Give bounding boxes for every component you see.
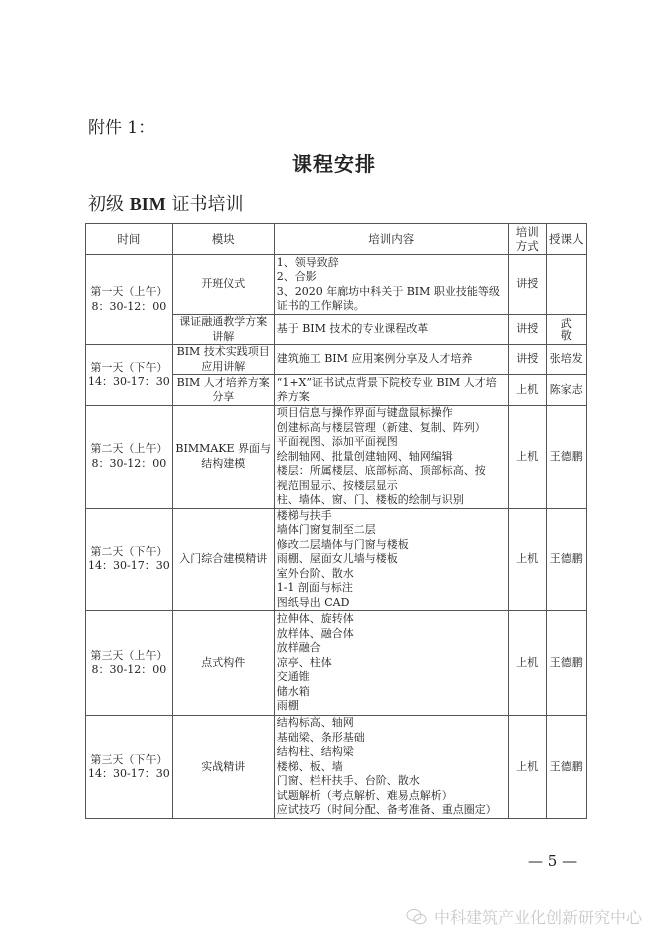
teacher-cell: 武敬 (546, 315, 586, 345)
content-cell-line: 视范围显示、按楼层显示 (277, 479, 506, 494)
module-cell: 开班仪式 (172, 255, 274, 315)
wechat-icon (406, 908, 428, 926)
time-cell-line: 8：30-12：00 (88, 300, 170, 315)
subtitle-prefix: 初级 (88, 194, 124, 215)
header-content: 培训内容 (274, 224, 508, 255)
time-cell-line: 14：30-17：30 (88, 375, 170, 390)
watermark: 中科建筑产业化创新研究中心 (406, 905, 642, 928)
teacher-cell (546, 255, 586, 315)
content-cell-line: 3、2020 年廊坊中科关于 BIM 职业技能等级 (277, 285, 506, 300)
module-cell: BIMMAKE 界面与结构建模 (172, 406, 274, 509)
content-cell-line: 图纸导出 CAD (277, 596, 506, 611)
content-cell-line: 墙体门窗复制至二层 (277, 523, 506, 538)
module-cell: BIM 技术实践项目应用讲解 (172, 345, 274, 375)
time-cell-line: 第三天（上午） (88, 649, 170, 664)
content-cell-line: 结构柱、结构梁 (277, 745, 506, 760)
table-header-row: 时间 模块 培训内容 培训方式 授课人 (86, 224, 587, 255)
method-cell: 上机 (508, 375, 546, 406)
content-cell-line: 放样融合 (277, 641, 506, 656)
teacher-cell: 王德鹏 (546, 406, 586, 509)
time-cell-line: 第一天（上午） (88, 285, 170, 300)
time-cell-line: 14：30-17：30 (88, 767, 170, 782)
time-cell-line: 第一天（下午） (88, 361, 170, 376)
content-cell-line: 拉伸体、旋转体 (277, 612, 506, 627)
time-cell: 第三天（下午）14：30-17：30 (86, 716, 173, 819)
teacher-cell: 王德鹏 (546, 716, 586, 819)
method-cell: 上机 (508, 611, 546, 716)
header-method: 培训方式 (508, 224, 546, 255)
module-cell: 课证融通教学方案讲解 (172, 315, 274, 345)
content-cell-line: 放样体、融合体 (277, 627, 506, 642)
subtitle-suffix: 证书培训 (171, 194, 243, 215)
content-cell: “1+X”证书试点背景下院校专业 BIM 人才培养方案 (274, 375, 508, 406)
content-cell: 楼梯与扶手墙体门窗复制至二层修改二层墙体与门窗与楼板雨棚、屋面女儿墙与楼板室外台… (274, 508, 508, 611)
content-cell-line: 雨棚 (277, 699, 506, 714)
page-number: — 5 — (528, 852, 577, 870)
module-cell: 点式构件 (172, 611, 274, 716)
header-method-label: 培训方式 (511, 225, 544, 253)
content-cell: 建筑施工 BIM 应用案例分享及人才培养 (274, 345, 508, 375)
content-cell-line: 楼梯与扶手 (277, 509, 506, 524)
module-cell-line: 讲解 (175, 330, 272, 345)
method-cell: 上机 (508, 716, 546, 819)
method-cell: 上机 (508, 508, 546, 611)
content-cell-line: 凉亭、柱体 (277, 656, 506, 671)
module-cell-line: 应用讲解 (175, 360, 272, 375)
table-row: 第一天（下午）14：30-17：30BIM 技术实践项目应用讲解建筑施工 BIM… (86, 345, 587, 375)
header-time: 时间 (86, 224, 173, 255)
header-module: 模块 (172, 224, 274, 255)
content-cell-line: 平面视图、添加平面视图 (277, 435, 506, 450)
time-cell-line: 第三天（下午） (88, 753, 170, 768)
content-cell-line: 门窗、栏杆扶手、台阶、散水 (277, 774, 506, 789)
content-cell-line: 柱、墙体、窗、门、楼板的绘制与识别 (277, 493, 506, 508)
content-cell-line: 建筑施工 BIM 应用案例分享及人才培养 (277, 352, 506, 367)
time-cell: 第二天（下午）14：30-17：30 (86, 508, 173, 611)
table-row: 第一天（上午）8：30-12：00开班仪式1、领导致辞2、合影3、2020 年廊… (86, 255, 587, 315)
schedule-table: 时间 模块 培训内容 培训方式 授课人 第一天（上午）8：30-12：00开班仪… (85, 223, 587, 819)
content-cell-line: 基础梁、条形基础 (277, 731, 506, 746)
module-cell-line: BIM 技术实践项目 (175, 345, 272, 360)
content-cell: 项目信息与操作界面与键盘鼠标操作创建标高与楼层管理（新建、复制、阵列）平面视图、… (274, 406, 508, 509)
module-cell-line: 课证融通教学方案 (175, 315, 272, 330)
content-cell-line: 雨棚、屋面女儿墙与楼板 (277, 552, 506, 567)
content-cell: 拉伸体、旋转体放样体、融合体放样融合凉亭、柱体交通锥储水箱雨棚 (274, 611, 508, 716)
content-cell-line: 养方案 (277, 390, 506, 405)
time-cell: 第一天（上午）8：30-12：00 (86, 255, 173, 345)
content-cell-line: 1、领导致辞 (277, 256, 506, 271)
module-cell-line: 开班仪式 (175, 277, 272, 292)
content-cell: 1、领导致辞2、合影3、2020 年廊坊中科关于 BIM 职业技能等级证书的工作… (274, 255, 508, 315)
header-teacher: 授课人 (546, 224, 586, 255)
teacher-cell: 王德鹏 (546, 611, 586, 716)
content-cell-line: 项目信息与操作界面与键盘鼠标操作 (277, 406, 506, 421)
table-row: 第二天（上午）8：30-12：00BIMMAKE 界面与结构建模项目信息与操作界… (86, 406, 587, 509)
table-row: 第二天（下午）14：30-17：30入门综合建模精讲楼梯与扶手墙体门窗复制至二层… (86, 508, 587, 611)
watermark-text: 中科建筑产业化创新研究中心 (434, 905, 642, 928)
content-cell: 结构标高、轴网基础梁、条形基础结构柱、结构梁楼梯、板、墙门窗、栏杆扶手、台阶、散… (274, 716, 508, 819)
module-cell: 入门综合建模精讲 (172, 508, 274, 611)
time-cell: 第一天（下午）14：30-17：30 (86, 345, 173, 406)
method-cell: 讲授 (508, 315, 546, 345)
time-cell: 第二天（上午）8：30-12：00 (86, 406, 173, 509)
content-cell-line: 交通锥 (277, 670, 506, 685)
module-cell: 实战精讲 (172, 716, 274, 819)
time-cell-line: 14：30-17：30 (88, 559, 170, 574)
method-cell: 讲授 (508, 255, 546, 315)
time-cell-line: 8：30-12：00 (88, 663, 170, 678)
attachment-label: 附件 1： (88, 113, 155, 138)
teacher-cell: 王德鹏 (546, 508, 586, 611)
content-cell: 基于 BIM 技术的专业课程改革 (274, 315, 508, 345)
time-cell-line: 第二天（上午） (88, 442, 170, 457)
module-cell-line: 实战精讲 (175, 760, 272, 775)
module-cell-line: 入门综合建模精讲 (175, 552, 272, 567)
module-cell-line: 点式构件 (175, 656, 272, 671)
method-cell: 上机 (508, 406, 546, 509)
content-cell-line: 2、合影 (277, 270, 506, 285)
content-cell-line: 创建标高与楼层管理（新建、复制、阵列） (277, 421, 506, 436)
content-cell-line: 楼梯、板、墙 (277, 760, 506, 775)
page-title: 课程安排 (0, 148, 668, 177)
time-cell: 第三天（上午）8：30-12：00 (86, 611, 173, 716)
content-cell-line: 试题解析（考点解析、难易点解析） (277, 789, 506, 804)
teacher-cell: 陈家志 (546, 375, 586, 406)
content-cell-line: 结构标高、轴网 (277, 716, 506, 731)
content-cell-line: 储水箱 (277, 685, 506, 700)
time-cell-line: 第二天（下午） (88, 545, 170, 560)
content-cell-line: 室外台阶、散水 (277, 567, 506, 582)
module-cell-line: BIMMAKE 界面与 (175, 442, 272, 457)
section-subtitle: 初级 BIM 证书培训 (88, 190, 243, 216)
module-cell-line: BIM 人才培养方案 (175, 376, 272, 391)
module-cell-line: 结构建模 (175, 457, 272, 472)
content-cell-line: 楼层：所属楼层、底部标高、顶部标高、按 (277, 464, 506, 479)
content-cell-line: 基于 BIM 技术的专业课程改革 (277, 322, 506, 337)
subtitle-bold: BIM (130, 194, 166, 214)
content-cell-line: “1+X”证书试点背景下院校专业 BIM 人才培 (277, 376, 506, 391)
table-row: 第三天（上午）8：30-12：00点式构件拉伸体、旋转体放样体、融合体放样融合凉… (86, 611, 587, 716)
module-cell: BIM 人才培养方案分享 (172, 375, 274, 406)
content-cell-line: 绘制轴网、批量创建轴网、轴网编辑 (277, 450, 506, 465)
content-cell-line: 证书的工作解读。 (277, 299, 506, 314)
content-cell-line: 应试技巧（时间分配、备考准备、重点圈定） (277, 803, 506, 818)
content-cell-line: 修改二层墙体与门窗与楼板 (277, 538, 506, 553)
teacher-cell: 张培发 (546, 345, 586, 375)
method-cell: 讲授 (508, 345, 546, 375)
time-cell-line: 8：30-12：00 (88, 457, 170, 472)
module-cell-line: 分享 (175, 390, 272, 405)
content-cell-line: 1-1 剖面与标注 (277, 581, 506, 596)
table-row: 第三天（下午）14：30-17：30实战精讲结构标高、轴网基础梁、条形基础结构柱… (86, 716, 587, 819)
table-body: 第一天（上午）8：30-12：00开班仪式1、领导致辞2、合影3、2020 年廊… (86, 255, 587, 819)
